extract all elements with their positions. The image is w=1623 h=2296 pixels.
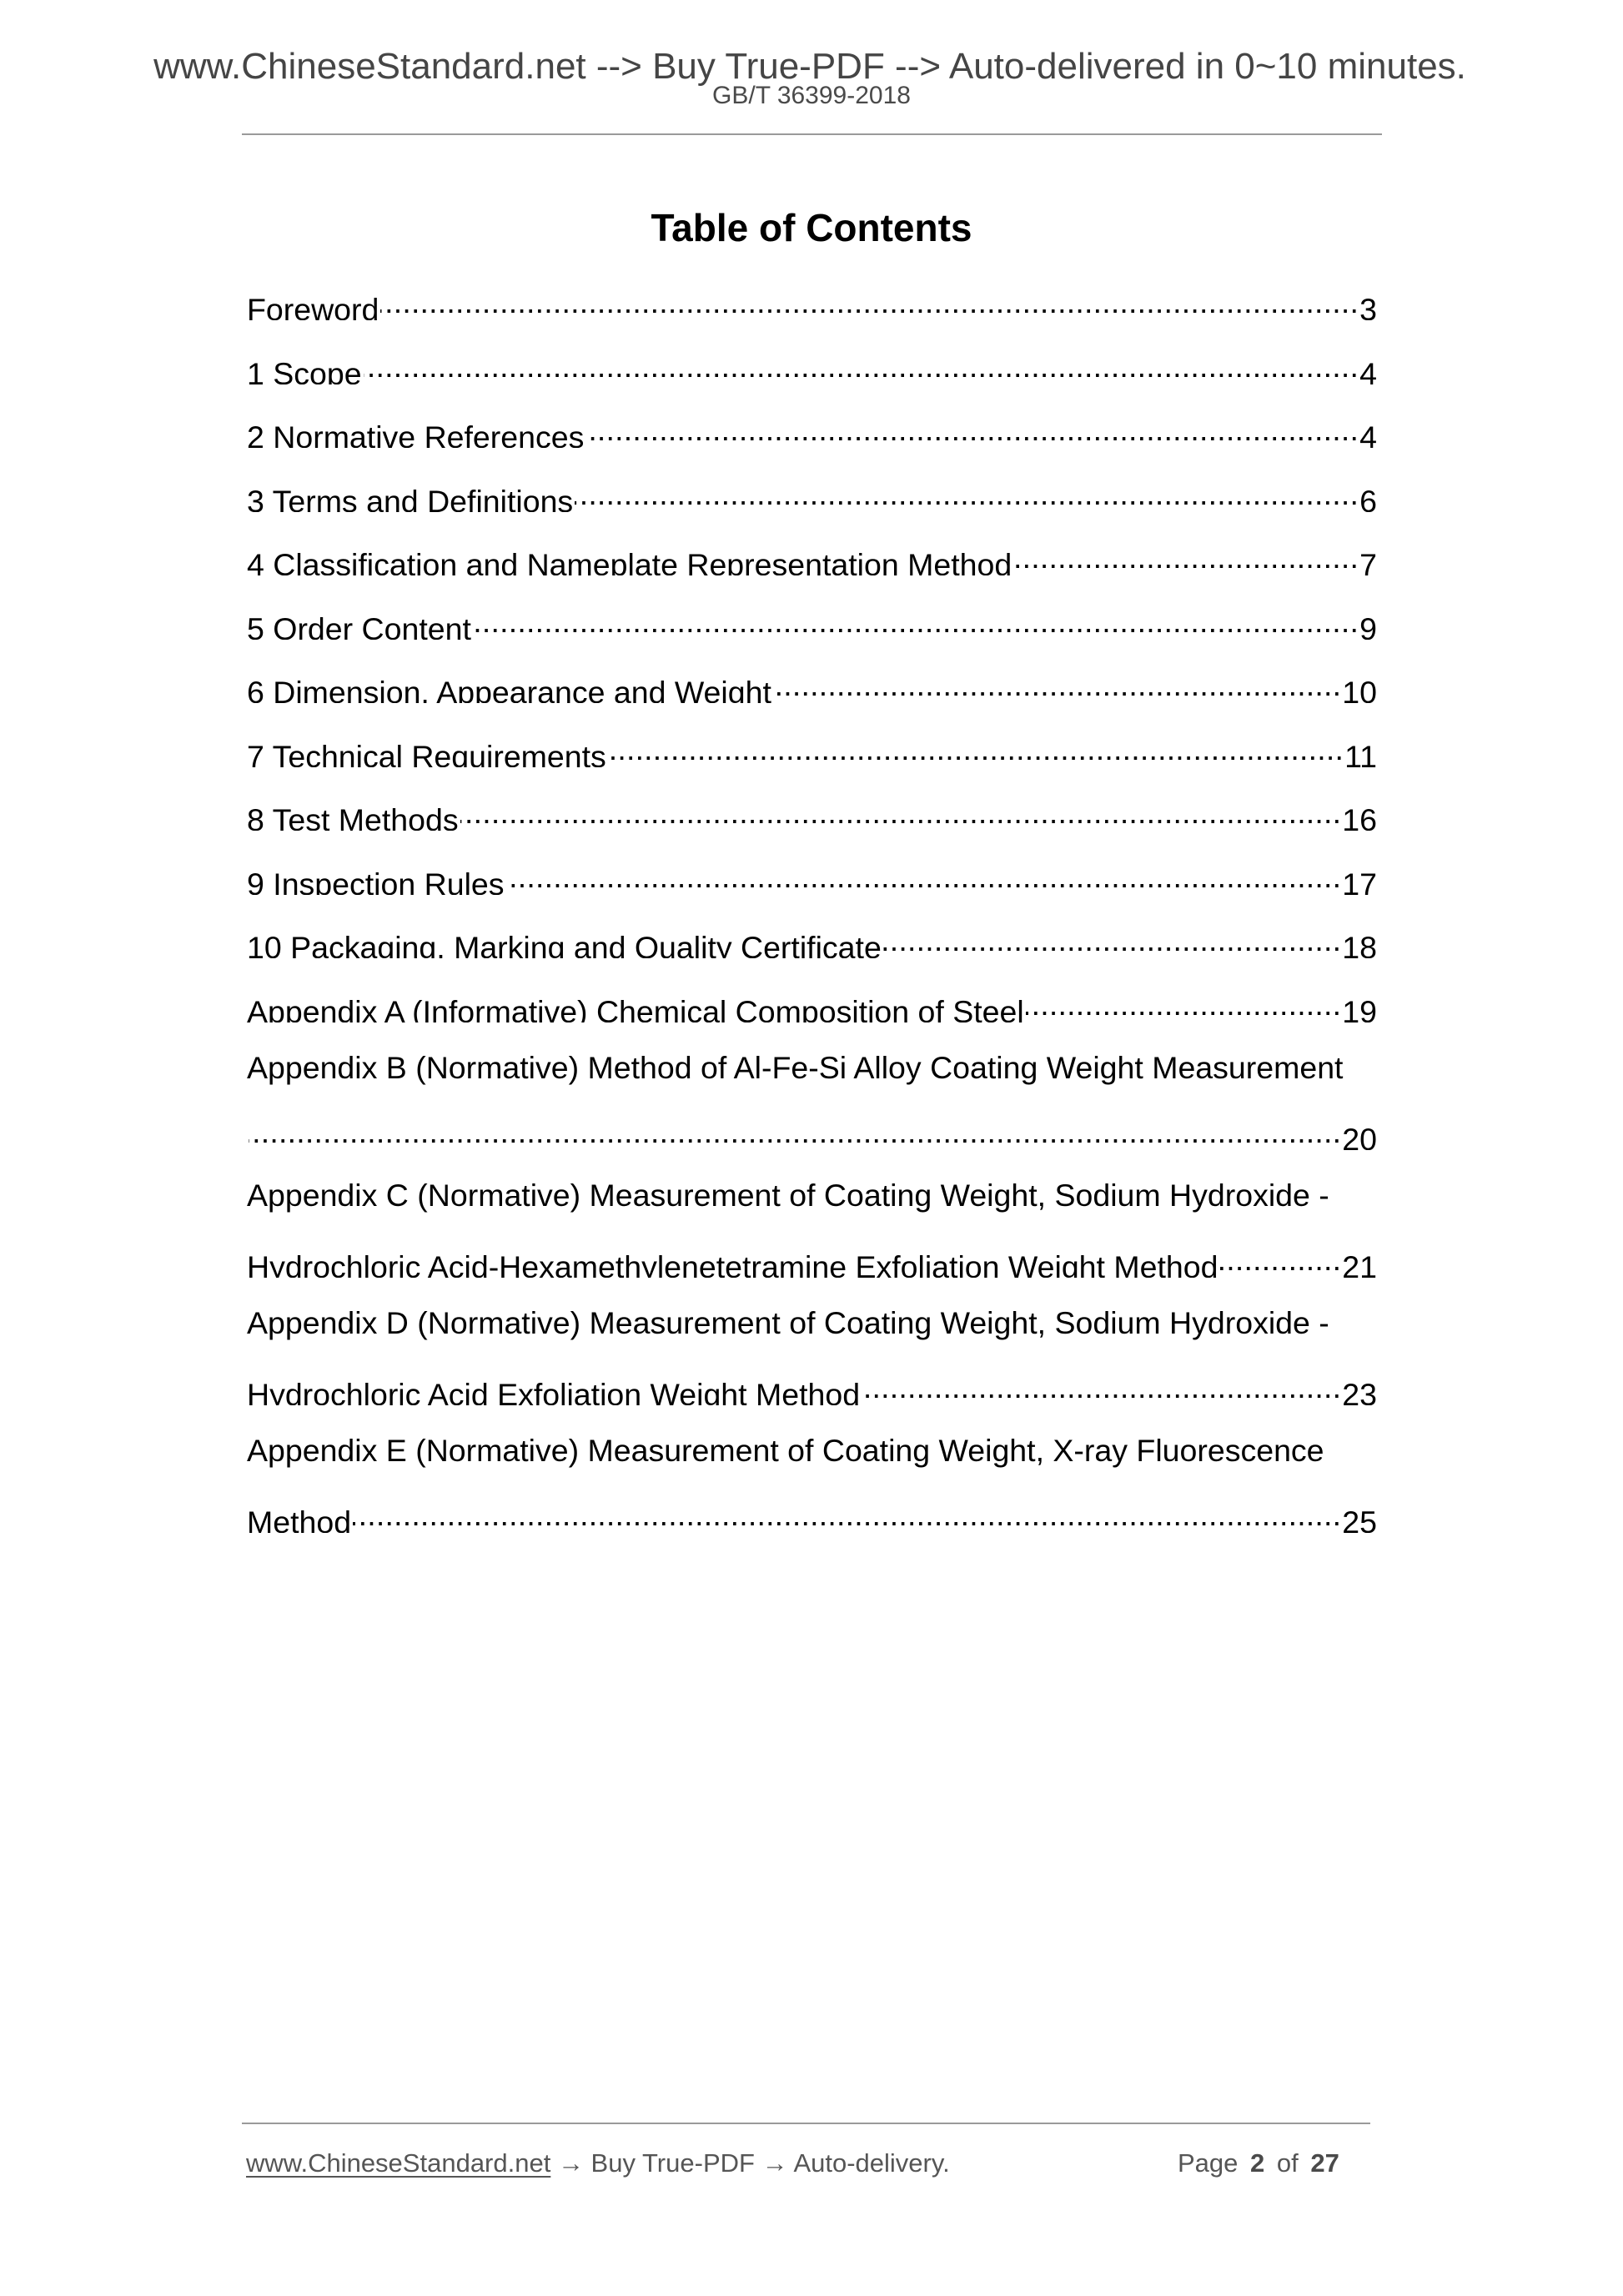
dot-leader [460,794,1342,831]
toc-entry-page-number: 11 [1344,738,1377,767]
toc-entry[interactable]: 10 Packaging, Marking and Quality Certif… [247,922,1377,958]
toc-entry-page-number: 23 [1342,1376,1377,1405]
dot-leader [862,1369,1341,1405]
dot-leader [364,348,1359,384]
toc-entry: Appendix D (Normative) Measurement of Co… [247,1304,1377,1341]
toc-entry-title: Appendix E (Normative) Measurement of Co… [247,1432,1324,1469]
page-of-label: of [1277,2148,1299,2178]
toc-entry-title: 6 Dimension, Appearance and Weight [247,674,771,703]
toc-entry-page-number: 6 [1359,483,1377,512]
toc-entry-page-number: 18 [1342,929,1377,958]
dot-leader [585,411,1359,448]
toc-entry[interactable]: 4 Classification and Nameplate Represent… [247,539,1377,575]
toc-entry[interactable]: 7 Technical Requirements11 [247,731,1377,767]
toc-entry[interactable]: Foreword3 [247,284,1377,320]
toc-entry-page-number: 9 [1359,610,1377,640]
toc-entry-title: Appendix D (Normative) Measurement of Co… [247,1304,1329,1341]
toc-entry-page-number: 16 [1342,801,1377,831]
toc-entry[interactable]: 2 Normative References 4 [247,411,1377,448]
toc-entry-title: 5 Order Content [247,610,471,640]
dot-leader [353,1496,1341,1533]
toc-entry[interactable]: 8 Test Methods16 [247,794,1377,831]
standard-code: GB/T 36399-2018 [0,81,1623,111]
toc-entry: Appendix E (Normative) Measurement of Co… [247,1432,1377,1469]
toc-entry-title: Foreword [247,291,379,320]
footer-divider [242,2123,1370,2124]
toc-entry-title: Appendix B (Normative) Method of Al-Fe-S… [247,1049,1343,1086]
toc-entry-title: 10 Packaging, Marking and Quality Certif… [247,929,882,958]
toc-entry-page-number: 4 [1359,419,1377,448]
dot-leader [1026,986,1342,1022]
toc-entry-title: 4 Classification and Nameplate Represent… [247,546,1012,575]
toc-entry-page-number: 10 [1342,674,1377,703]
page-title: Table of Contents [0,204,1623,251]
toc-entry[interactable]: Hydrochloric Acid Exfoliation Weight Met… [247,1369,1377,1405]
footer-promo: www.ChineseStandard.net → Buy True-PDF →… [246,2148,950,2178]
toc-entry: Appendix C (Normative) Measurement of Co… [247,1177,1377,1213]
dot-leader [608,731,1344,767]
footer-tagline: → Buy True-PDF → Auto-delivery. [550,2148,949,2178]
dot-leader [575,475,1359,512]
toc-entry[interactable]: 1 Scope4 [247,348,1377,384]
dot-leader [1219,1241,1341,1278]
toc-entry: Appendix B (Normative) Method of Al-Fe-S… [247,1049,1377,1086]
dot-leader [883,922,1341,958]
toc-entry[interactable]: Hydrochloric Acid-Hexamethylenetetramine… [247,1241,1377,1278]
toc-entry-page-number: 17 [1342,866,1377,895]
toc-entry[interactable]: 5 Order Content 9 [247,603,1377,640]
toc-entry[interactable]: 6 Dimension, Appearance and Weight10 [247,666,1377,703]
toc-entry-page-number: 21 [1342,1248,1377,1278]
toc-entry-title: Hydrochloric Acid Exfoliation Weight Met… [247,1376,860,1405]
toc-entry-title: 7 Technical Requirements [247,738,606,767]
page-indicator: Page 2 of 27 [1178,2148,1339,2178]
toc-entry-title: Appendix A (Informative) Chemical Compos… [247,993,1024,1022]
toc-entry-page-number: 3 [1359,291,1377,320]
toc-entry-page-number: 19 [1342,993,1377,1022]
toc-entry[interactable]: 9 Inspection Rules 17 [247,858,1377,895]
dot-leader [249,1113,1341,1150]
dot-leader [473,603,1359,640]
footer-site-link[interactable]: www.ChineseStandard.net [246,2148,550,2178]
toc-entry-title: 1 Scope [247,355,362,384]
toc-entry-page-number: 4 [1359,355,1377,384]
page-label: Page [1178,2148,1238,2178]
toc-entry-title: 8 Test Methods [247,801,459,831]
dot-leader [380,284,1359,320]
dot-leader [506,858,1342,895]
toc-entry-title: Method [247,1504,351,1533]
toc-entry-page-number: 7 [1359,546,1377,575]
toc-entry[interactable]: 3 Terms and Definitions 6 [247,475,1377,512]
toc-entry-title: Hydrochloric Acid-Hexamethylenetetramine… [247,1248,1218,1278]
toc-entry-title: Appendix C (Normative) Measurement of Co… [247,1177,1329,1213]
toc-entry[interactable]: Appendix A (Informative) Chemical Compos… [247,986,1377,1022]
page-current: 2 [1250,2148,1264,2178]
dot-leader [773,666,1341,703]
header-divider [242,133,1382,135]
toc-entry[interactable]: Method25 [247,1496,1377,1533]
toc-entry-title: 2 Normative References [247,419,584,448]
toc-entry-page-number: 25 [1342,1504,1377,1533]
dot-leader [1013,539,1359,575]
page-total: 27 [1310,2148,1339,2178]
toc-entry-page-number: 20 [1342,1121,1377,1150]
toc-entry-title: 9 Inspection Rules [247,866,505,895]
toc-entry[interactable]: 20 [247,1113,1377,1150]
toc-entry-title: 3 Terms and Definitions [247,483,573,512]
